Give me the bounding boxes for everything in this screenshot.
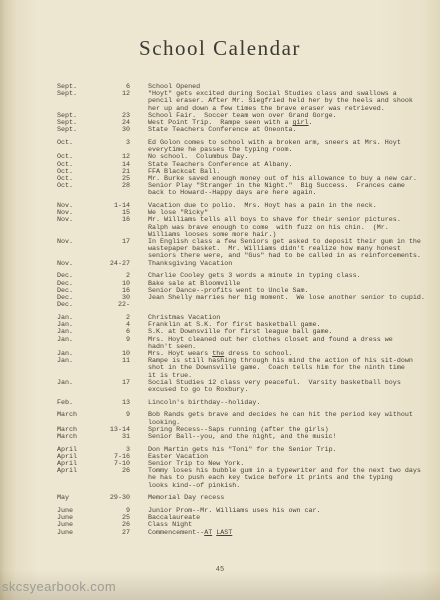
entry-day: 13 bbox=[94, 400, 130, 407]
entry-month: March bbox=[57, 434, 94, 441]
page-number: 45 bbox=[0, 566, 440, 574]
calendar-row: June26Class Night bbox=[57, 522, 428, 529]
entry-day: 9 bbox=[94, 412, 130, 419]
month-section: Dec.2Charlie Cooley gets 3 words a minut… bbox=[57, 273, 428, 309]
entry-day: 29-30 bbox=[94, 495, 130, 502]
entry-month: Dec. bbox=[57, 302, 94, 309]
entry-month: Nov. bbox=[57, 239, 94, 246]
entry-day: 26 bbox=[94, 468, 130, 475]
calendar-row: Jan.11Rampe is still hashing through his… bbox=[57, 358, 428, 380]
month-section: April3Don Martin gets his "Toni" for the… bbox=[57, 447, 428, 490]
calendar-row: Oct.14State Teachers Conference at Alban… bbox=[57, 162, 428, 169]
entry-text: Senior Play "Stranger in the Night." Big… bbox=[148, 183, 428, 197]
calendar-row: Dec.30Jean Shelly marries her big moment… bbox=[57, 295, 428, 302]
entry-day: 24-27 bbox=[94, 261, 130, 268]
entry-month: April bbox=[57, 468, 94, 475]
entry-day: 11 bbox=[94, 358, 130, 365]
calendar-row: June9Junior Prom--Mr. Williams uses his … bbox=[57, 508, 428, 515]
entry-text: Mr. Williams tells all boys to shave for… bbox=[148, 217, 428, 239]
entry-text: Rampe is still hashing through his mind … bbox=[148, 358, 428, 380]
entry-text: Thanksgiving Vacation bbox=[148, 261, 428, 268]
calendar-row: Sept.12"Hoyt" gets excited during Social… bbox=[57, 91, 428, 113]
calendar-row: Jan.17Social Studies 12 class very peace… bbox=[57, 380, 428, 394]
entry-day: 9 bbox=[94, 337, 130, 344]
entry-month: Sept. bbox=[57, 127, 94, 134]
entry-day: 17 bbox=[94, 239, 130, 246]
entry-month: Nov. bbox=[57, 261, 94, 268]
entry-day: 17 bbox=[94, 380, 130, 387]
entry-day: 2 bbox=[94, 315, 130, 322]
entry-text: Memorial Day recess bbox=[148, 495, 428, 502]
entry-text: Tommy loses his bubble gum in a typewrit… bbox=[148, 468, 428, 490]
calendar-list: Sept.6School OpenedSept.12"Hoyt" gets ex… bbox=[57, 84, 428, 542]
calendar-row: Nov.24-27Thanksgiving Vacation bbox=[57, 261, 428, 268]
calendar-row: Nov.16Mr. Williams tells all boys to sha… bbox=[57, 217, 428, 239]
entry-month: Jan. bbox=[57, 337, 94, 344]
watermark: skcsyearbook.com bbox=[2, 579, 116, 594]
entry-day: 12 bbox=[94, 91, 130, 98]
calendar-row: Jan.9Mrs. Hoyt cleaned out her clothes c… bbox=[57, 337, 428, 351]
month-section: Nov.1-14Vacation due to polio. Mrs. Hoyt… bbox=[57, 203, 428, 268]
calendar-row: Nov.17In English class a few Seniors get… bbox=[57, 239, 428, 261]
entry-text: Ed Golon comes to school with a broken a… bbox=[148, 140, 428, 154]
yearbook-page: School Calendar Sept.6School OpenedSept.… bbox=[0, 0, 440, 600]
entry-month: Oct. bbox=[57, 140, 94, 147]
entry-text: Senior Ball--you, and the night, and the… bbox=[148, 434, 428, 441]
month-section: Oct.3Ed Golon comes to school with a bro… bbox=[57, 140, 428, 198]
month-section: Feb.13Lincoln's birthday--holiday. bbox=[57, 400, 428, 407]
calendar-row: March9Bob Rands gets brave and decides h… bbox=[57, 412, 428, 426]
entry-day: 16 bbox=[94, 217, 130, 224]
entry-day: 6 bbox=[94, 329, 130, 336]
entry-text: Bob Rands gets brave and decides he can … bbox=[148, 412, 428, 426]
calendar-row: April26Tommy loses his bubble gum in a t… bbox=[57, 468, 428, 490]
month-section: March9Bob Rands gets brave and decides h… bbox=[57, 412, 428, 441]
month-section: May29-30Memorial Day recess bbox=[57, 495, 428, 502]
entry-month: Jan. bbox=[57, 358, 94, 365]
calendar-row: Nov.1-14Vacation due to polio. Mrs. Hoyt… bbox=[57, 203, 428, 210]
entry-day: 22- bbox=[94, 302, 130, 309]
calendar-row: Sept.30State Teachers Conference at Oneo… bbox=[57, 127, 428, 134]
calendar-row: June27Commencement--AT LAST bbox=[57, 530, 428, 537]
entry-month: Oct. bbox=[57, 183, 94, 190]
entry-text: Mrs. Hoyt cleaned out her clothes closet… bbox=[148, 337, 428, 351]
entry-month: June bbox=[57, 530, 94, 537]
calendar-row: Dec.2Charlie Cooley gets 3 words a minut… bbox=[57, 273, 428, 280]
entry-day: 30 bbox=[94, 127, 130, 134]
entry-text: Lincoln's birthday--holiday. bbox=[148, 400, 428, 407]
calendar-row: Oct.3Ed Golon comes to school with a bro… bbox=[57, 140, 428, 154]
entry-text: Commencement--AT LAST bbox=[148, 530, 428, 537]
entry-text: Social Studies 12 class very peaceful. V… bbox=[148, 380, 428, 394]
calendar-row: April3Don Martin gets his "Toni" for the… bbox=[57, 447, 428, 454]
calendar-row: Oct.28Senior Play "Stranger in the Night… bbox=[57, 183, 428, 197]
calendar-row: June25Baccalaureate bbox=[57, 515, 428, 522]
calendar-row: Feb.13Lincoln's birthday--holiday. bbox=[57, 400, 428, 407]
entry-month: Nov. bbox=[57, 217, 94, 224]
calendar-row: March31Senior Ball--you, and the night, … bbox=[57, 434, 428, 441]
entry-month: Feb. bbox=[57, 400, 94, 407]
entry-day: 27 bbox=[94, 530, 130, 537]
page-title: School Calendar bbox=[0, 36, 440, 61]
entry-day: 31 bbox=[94, 434, 130, 441]
entry-day: 4 bbox=[94, 322, 130, 329]
entry-text: In English class a few Seniors get asked… bbox=[148, 239, 428, 261]
month-section: June9Junior Prom--Mr. Williams uses his … bbox=[57, 508, 428, 537]
month-section: Jan.2Christmas VacationJan.4Franklin at … bbox=[57, 315, 428, 394]
entry-month: March bbox=[57, 412, 94, 419]
entry-text: Jean Shelly marries her big moment. We l… bbox=[148, 295, 428, 302]
entry-month: Sept. bbox=[57, 91, 94, 98]
entry-text: "Hoyt" gets excited during Social Studie… bbox=[148, 91, 428, 113]
entry-day: 28 bbox=[94, 183, 130, 190]
entry-text: State Teachers Conference at Oneonta. bbox=[148, 127, 428, 134]
calendar-row: May29-30Memorial Day recess bbox=[57, 495, 428, 502]
entry-day: 3 bbox=[94, 140, 130, 147]
calendar-row: Dec.22- bbox=[57, 302, 428, 309]
entry-month: Jan. bbox=[57, 380, 94, 387]
month-section: Sept.6School OpenedSept.12"Hoyt" gets ex… bbox=[57, 84, 428, 134]
entry-month: May bbox=[57, 495, 94, 502]
